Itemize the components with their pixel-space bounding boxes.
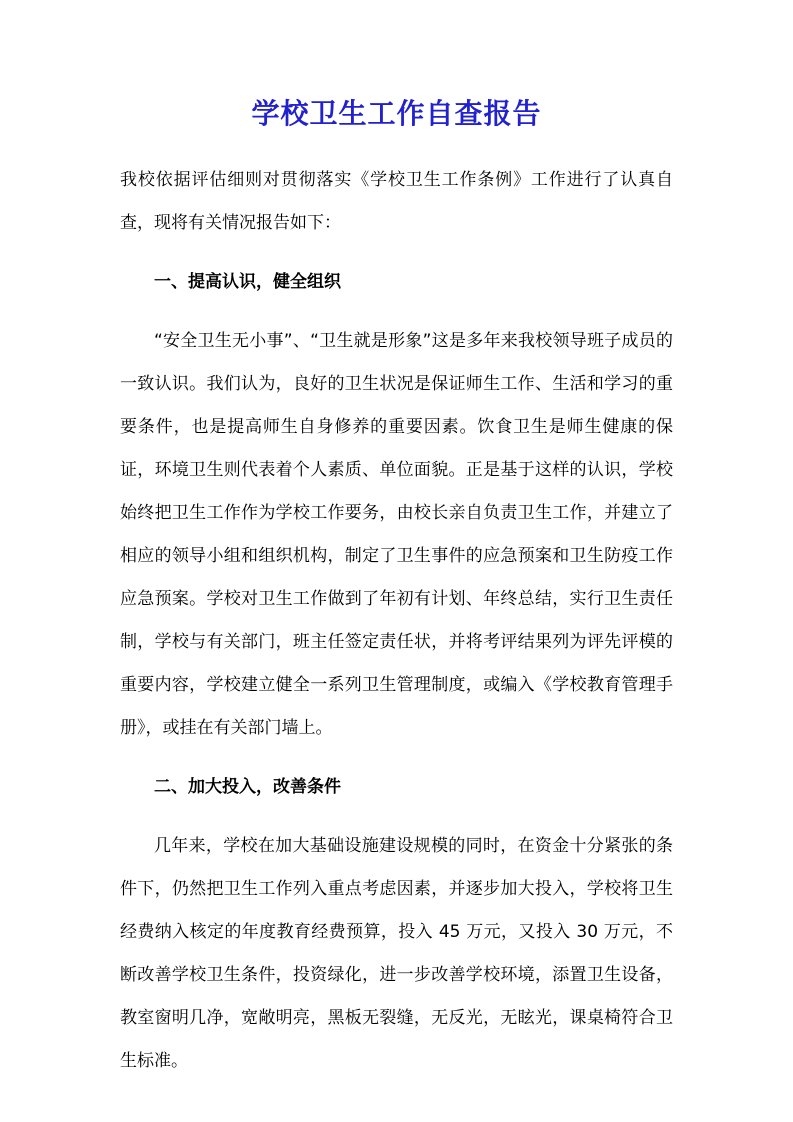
section-1-heading: 一、提高认识，健全组织 bbox=[120, 261, 673, 304]
section-2-paragraph: 几年来，学校在加大基础设施建设规模的同时，在资金十分紧张的条件下，仍然把卫生工作… bbox=[120, 825, 673, 1083]
document-title: 学校卫生工作自查报告 bbox=[120, 94, 673, 134]
intro-paragraph: 我校依据评估细则对贯彻落实《学校卫生工作条例》工作进行了认真自查，现将有关情况报… bbox=[120, 159, 673, 245]
document-page: 学校卫生工作自查报告 我校依据评估细则对贯彻落实《学校卫生工作条例》工作进行了认… bbox=[0, 0, 793, 1122]
section-1-paragraph: “安全卫生无小事”、“卫生就是形象”这是多年来我校领导班子成员的一致认识。我们认… bbox=[120, 320, 673, 750]
section-2-heading: 二、加大投入，改善条件 bbox=[120, 766, 673, 809]
